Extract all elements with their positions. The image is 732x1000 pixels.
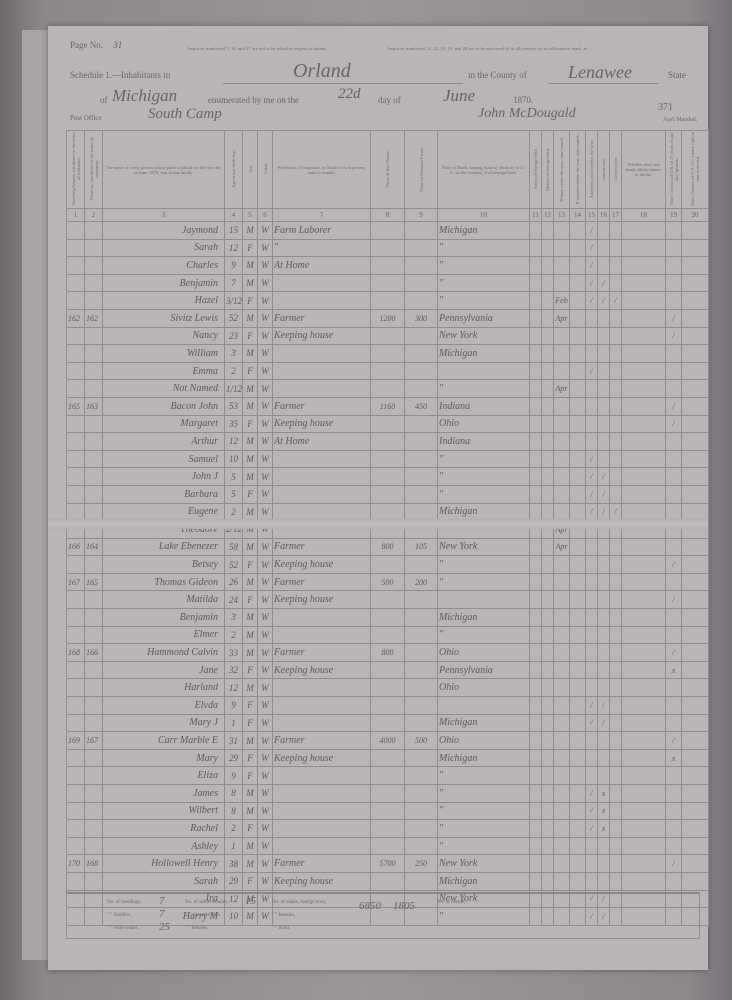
- cell-c13: [554, 591, 570, 609]
- cell-c17: [610, 802, 622, 820]
- cell-real: [371, 626, 405, 644]
- cell-dwelling: 170: [67, 855, 85, 873]
- cell-birthplace: Indiana: [438, 397, 530, 415]
- table-row: Arthur12MWAt HomeIndiana: [67, 433, 709, 451]
- cell-c12: [542, 679, 554, 697]
- cell-c20: [682, 644, 709, 662]
- table-row: Eliza9FW": [67, 767, 709, 785]
- cell-occupation: Farmer: [273, 732, 371, 750]
- table-row: Harland12MWOhio: [67, 679, 709, 697]
- cell-c18: [622, 503, 666, 521]
- cell-sex: F: [243, 485, 258, 503]
- cell-c13: [554, 802, 570, 820]
- cell-c20: [682, 468, 709, 486]
- table-row: 166164Lake Ebenezer58MWFarmer800105New Y…: [67, 538, 709, 556]
- cell-sex: M: [243, 450, 258, 468]
- cell-c19: /: [666, 732, 682, 750]
- cell-c14: [570, 644, 586, 662]
- table-row: Elvda9FW//: [67, 697, 709, 715]
- day-of-label: day of: [378, 95, 401, 105]
- cell-real: [371, 837, 405, 855]
- month-value: June: [443, 86, 475, 106]
- cell-personal: [405, 239, 438, 257]
- cell-c18: [622, 732, 666, 750]
- cell-occupation: [273, 485, 371, 503]
- cell-real: [371, 380, 405, 398]
- cell-c15: [586, 397, 598, 415]
- cell-c13: [554, 362, 570, 380]
- col-num: 11: [530, 209, 542, 222]
- cell-personal: 300: [405, 309, 438, 327]
- cell-personal: [405, 644, 438, 662]
- table-row: 168166Hammond Calvin33MWFarmer800Ohio/: [67, 644, 709, 662]
- cell-c20: [682, 591, 709, 609]
- cell-personal: [405, 257, 438, 275]
- table-row: Eugene2MWMichigan///: [67, 503, 709, 521]
- cell-c14: [570, 309, 586, 327]
- cell-c17: [610, 609, 622, 627]
- cell-c13: [554, 556, 570, 574]
- cell-c13: [554, 415, 570, 433]
- cell-c16: /: [598, 697, 610, 715]
- cell-color: W: [258, 872, 273, 890]
- cell-age: 8: [225, 785, 243, 803]
- cell-age: 2: [225, 820, 243, 838]
- cell-sex: F: [243, 820, 258, 838]
- cell-c15: [586, 556, 598, 574]
- cell-name: Mary: [103, 749, 225, 767]
- cell-birthplace: ": [438, 767, 530, 785]
- table-row: 169167Carr Marble E31MWFarmer4000500Ohio…: [67, 732, 709, 750]
- cell-family: [85, 239, 103, 257]
- cell-c16: [598, 556, 610, 574]
- cell-name: Nancy: [103, 327, 225, 345]
- cell-age: 12: [225, 239, 243, 257]
- col-num: 15: [586, 209, 598, 222]
- cell-c12: [542, 503, 554, 521]
- cell-occupation: [273, 679, 371, 697]
- cell-sex: M: [243, 345, 258, 363]
- cell-real: [371, 785, 405, 803]
- cell-sex: M: [243, 732, 258, 750]
- cell-family: [85, 837, 103, 855]
- cell-c19: [666, 380, 682, 398]
- cell-c12: [542, 732, 554, 750]
- cell-c16: x: [598, 820, 610, 838]
- cell-c14: [570, 697, 586, 715]
- cell-c11: [530, 732, 542, 750]
- cell-name: James: [103, 785, 225, 803]
- cell-color: W: [258, 644, 273, 662]
- cell-birthplace: Michigan: [438, 872, 530, 890]
- cell-c12: [542, 327, 554, 345]
- cell-c17: [610, 591, 622, 609]
- cell-occupation: [273, 362, 371, 380]
- cell-c14: [570, 274, 586, 292]
- cell-c12: [542, 661, 554, 679]
- cell-c18: [622, 380, 666, 398]
- col-header-4: Age at last birth-day.: [225, 131, 243, 209]
- cell-real: [371, 362, 405, 380]
- cell-c19: [666, 292, 682, 310]
- cell-c14: [570, 345, 586, 363]
- cell-c19: [666, 433, 682, 451]
- cell-color: W: [258, 345, 273, 363]
- cell-c12: [542, 292, 554, 310]
- col-num: 17: [610, 209, 622, 222]
- county-value: Lenawee: [568, 62, 632, 83]
- total-personal-estate: 1805: [393, 900, 415, 912]
- col-header-14: If married within the year, state month.: [570, 131, 586, 209]
- table-row: Mary J1FWMichigan//: [67, 714, 709, 732]
- cell-personal: [405, 485, 438, 503]
- col-header-20: Male Citizens of U.S. 21+ whose right to…: [682, 131, 709, 209]
- cell-personal: [405, 450, 438, 468]
- cell-c11: [530, 573, 542, 591]
- insane-label: No. of Insane,: [437, 900, 465, 905]
- cell-sex: M: [243, 837, 258, 855]
- cell-name: Elmer: [103, 626, 225, 644]
- cell-family: [85, 327, 103, 345]
- cell-c15: [586, 327, 598, 345]
- cell-c20: [682, 573, 709, 591]
- cell-c18: [622, 468, 666, 486]
- cell-name: Charles: [103, 257, 225, 275]
- cell-dwelling: [67, 274, 85, 292]
- cell-occupation: At Home: [273, 257, 371, 275]
- cell-c15: [586, 573, 598, 591]
- cell-c12: [542, 274, 554, 292]
- cell-occupation: [273, 820, 371, 838]
- cell-c15: [586, 837, 598, 855]
- cell-c20: [682, 697, 709, 715]
- cell-c11: [530, 697, 542, 715]
- cell-name: Barbara: [103, 485, 225, 503]
- cell-birthplace: ": [438, 626, 530, 644]
- cell-c18: [622, 855, 666, 873]
- cell-dwelling: [67, 820, 85, 838]
- cell-color: W: [258, 415, 273, 433]
- cell-c11: [530, 679, 542, 697]
- cell-c18: [622, 644, 666, 662]
- cell-c13: [554, 767, 570, 785]
- cell-name: Elvda: [103, 697, 225, 715]
- cell-family: [85, 556, 103, 574]
- cell-dwelling: 167: [67, 573, 85, 591]
- cell-color: W: [258, 274, 273, 292]
- cell-c18: [622, 309, 666, 327]
- cell-occupation: [273, 837, 371, 855]
- cell-c16: [598, 767, 610, 785]
- year-value: 1870.: [513, 95, 533, 105]
- cell-family: [85, 345, 103, 363]
- table-row: William3MWMichigan: [67, 345, 709, 363]
- cell-color: W: [258, 855, 273, 873]
- cell-color: W: [258, 239, 273, 257]
- cell-real: [371, 292, 405, 310]
- cell-sex: M: [243, 573, 258, 591]
- cell-name: Rachel: [103, 820, 225, 838]
- cell-age: 3/12: [225, 292, 243, 310]
- cell-c15: [586, 855, 598, 873]
- cell-c19: /: [666, 644, 682, 662]
- cell-age: 26: [225, 573, 243, 591]
- cell-c13: [554, 345, 570, 363]
- cell-dwelling: [67, 222, 85, 240]
- cell-c16: /: [598, 274, 610, 292]
- cell-c12: [542, 697, 554, 715]
- cell-occupation: Keeping house: [273, 591, 371, 609]
- cell-c17: [610, 222, 622, 240]
- cell-c19: [666, 626, 682, 644]
- cell-c14: [570, 609, 586, 627]
- cell-c17: [610, 872, 622, 890]
- cell-birthplace: ": [438, 450, 530, 468]
- cell-c11: [530, 802, 542, 820]
- cell-c18: [622, 749, 666, 767]
- cell-c12: [542, 257, 554, 275]
- white-females-count: 15: [245, 895, 256, 907]
- cell-color: W: [258, 327, 273, 345]
- cell-real: [371, 802, 405, 820]
- of-label: of: [100, 95, 108, 105]
- cell-c19: [666, 837, 682, 855]
- cell-c17: [610, 855, 622, 873]
- table-row: 167165Thomas Gideon26MWFarmer500200": [67, 573, 709, 591]
- cell-c19: [666, 222, 682, 240]
- col-num: 12: [542, 209, 554, 222]
- cell-c12: [542, 433, 554, 451]
- cell-c18: [622, 785, 666, 803]
- cell-dwelling: [67, 714, 85, 732]
- table-row: Betsey52FWKeeping house"/: [67, 556, 709, 574]
- table-row: Margaret35FWKeeping houseOhio/: [67, 415, 709, 433]
- cell-name: Bacon John: [103, 397, 225, 415]
- blind-label: " " blind,: [272, 926, 290, 931]
- cell-real: [371, 556, 405, 574]
- cell-c14: [570, 468, 586, 486]
- cell-occupation: Farm Laborer: [273, 222, 371, 240]
- cell-c11: [530, 626, 542, 644]
- cell-age: 9: [225, 697, 243, 715]
- cell-name: Samuel: [103, 450, 225, 468]
- dwellings-count: 7: [159, 895, 165, 907]
- cell-name: Ashley: [103, 837, 225, 855]
- cell-family: 166: [85, 644, 103, 662]
- colored-females-label: " " females,: [185, 926, 208, 931]
- cell-c20: [682, 345, 709, 363]
- cell-personal: [405, 345, 438, 363]
- cell-dwelling: [67, 257, 85, 275]
- cell-family: [85, 433, 103, 451]
- cell-sex: M: [243, 802, 258, 820]
- cell-c20: [682, 327, 709, 345]
- cell-dwelling: [67, 609, 85, 627]
- cell-family: [85, 222, 103, 240]
- cell-dwelling: 168: [67, 644, 85, 662]
- column-header-row: Dwelling-houses, numbered in the order o…: [67, 131, 709, 209]
- cell-c14: [570, 785, 586, 803]
- cell-name: Carr Marble E: [103, 732, 225, 750]
- cell-c17: [610, 274, 622, 292]
- cell-c15: [586, 309, 598, 327]
- cell-c20: [682, 802, 709, 820]
- cell-c11: [530, 538, 542, 556]
- table-row: 165163Bacon John53MWFarmer1160450Indiana…: [67, 397, 709, 415]
- cell-c11: [530, 362, 542, 380]
- cell-c13: [554, 468, 570, 486]
- cell-c20: [682, 872, 709, 890]
- cell-personal: [405, 661, 438, 679]
- cell-c16: [598, 591, 610, 609]
- table-row: Benjamin3MWMichigan: [67, 609, 709, 627]
- cell-color: W: [258, 222, 273, 240]
- foreign-born-females-label: " " females,: [272, 913, 295, 918]
- cell-c15: [586, 538, 598, 556]
- enumerator-signature: John McDougald: [478, 106, 576, 122]
- cell-family: 163: [85, 397, 103, 415]
- cell-personal: [405, 380, 438, 398]
- cell-c12: [542, 415, 554, 433]
- cell-age: 31: [225, 732, 243, 750]
- cell-c12: [542, 239, 554, 257]
- cell-c19: /: [666, 591, 682, 609]
- cell-age: 9: [225, 767, 243, 785]
- cell-c14: [570, 485, 586, 503]
- cell-personal: [405, 503, 438, 521]
- cell-c14: [570, 872, 586, 890]
- cell-dwelling: [67, 661, 85, 679]
- cell-c13: [554, 222, 570, 240]
- cell-c14: [570, 749, 586, 767]
- cell-name: Hammond Calvin: [103, 644, 225, 662]
- cell-c11: [530, 468, 542, 486]
- cell-personal: [405, 222, 438, 240]
- cell-family: [85, 661, 103, 679]
- cell-age: 9: [225, 257, 243, 275]
- cell-sex: M: [243, 609, 258, 627]
- cell-color: W: [258, 380, 273, 398]
- cell-birthplace: ": [438, 274, 530, 292]
- cell-sex: M: [243, 503, 258, 521]
- cell-occupation: Keeping house: [273, 415, 371, 433]
- cell-c14: [570, 714, 586, 732]
- cell-dwelling: 165: [67, 397, 85, 415]
- cell-dwelling: [67, 837, 85, 855]
- cell-name: Sarah: [103, 239, 225, 257]
- page-number: 31: [113, 40, 122, 50]
- cell-c11: [530, 257, 542, 275]
- cell-c11: [530, 503, 542, 521]
- cell-c17: [610, 485, 622, 503]
- cell-color: W: [258, 292, 273, 310]
- cell-c14: [570, 591, 586, 609]
- col-num: 5: [243, 209, 258, 222]
- colored-males-label: " " colored males,: [185, 913, 221, 918]
- cell-c16: [598, 679, 610, 697]
- cell-c16: [598, 380, 610, 398]
- paper-fold: [48, 519, 708, 529]
- cell-birthplace: New York: [438, 327, 530, 345]
- cell-family: [85, 450, 103, 468]
- cell-dwelling: [67, 292, 85, 310]
- cell-c11: [530, 222, 542, 240]
- cell-birthplace: ": [438, 837, 530, 855]
- cell-c13: [554, 327, 570, 345]
- cell-c20: [682, 433, 709, 451]
- cell-c12: [542, 767, 554, 785]
- cell-c20: [682, 503, 709, 521]
- cell-c12: [542, 820, 554, 838]
- cell-dwelling: [67, 556, 85, 574]
- cell-birthplace: ": [438, 802, 530, 820]
- cell-c20: [682, 855, 709, 873]
- cell-c12: [542, 591, 554, 609]
- cell-c20: [682, 415, 709, 433]
- cell-color: W: [258, 309, 273, 327]
- cell-c13: [554, 697, 570, 715]
- cell-c19: [666, 538, 682, 556]
- cell-c11: [530, 749, 542, 767]
- cell-dwelling: [67, 468, 85, 486]
- cell-personal: [405, 274, 438, 292]
- cell-real: 800: [371, 538, 405, 556]
- cell-c19: [666, 468, 682, 486]
- cell-c16: x: [598, 785, 610, 803]
- cell-occupation: [273, 767, 371, 785]
- cell-c12: [542, 872, 554, 890]
- cell-occupation: [273, 626, 371, 644]
- cell-age: 1/12: [225, 380, 243, 398]
- cell-c12: [542, 644, 554, 662]
- cell-sex: M: [243, 222, 258, 240]
- cell-name: Hazel: [103, 292, 225, 310]
- cell-sex: F: [243, 327, 258, 345]
- table-row: Benjamin7MW"//: [67, 274, 709, 292]
- cell-real: 500: [371, 573, 405, 591]
- cell-real: 1200: [371, 309, 405, 327]
- cell-c19: [666, 820, 682, 838]
- cell-dwelling: [67, 362, 85, 380]
- cell-c16: [598, 732, 610, 750]
- cell-c12: [542, 556, 554, 574]
- cell-c14: [570, 802, 586, 820]
- table-row: Sarah12FW""/: [67, 239, 709, 257]
- cell-age: 29: [225, 872, 243, 890]
- cell-dwelling: [67, 679, 85, 697]
- cell-c13: [554, 573, 570, 591]
- cell-personal: [405, 591, 438, 609]
- census-sheet: Page No. 31 Inquiries numbered 7, 16, an…: [48, 26, 708, 970]
- cell-dwelling: [67, 380, 85, 398]
- cell-c18: [622, 415, 666, 433]
- cell-sex: M: [243, 257, 258, 275]
- column-number-row: 1 2 3 4 5 6 7 8 9 10 11 12 13 14 15 16 1…: [67, 209, 709, 222]
- cell-name: Eugene: [103, 503, 225, 521]
- cell-c16: [598, 345, 610, 363]
- cell-c17: [610, 257, 622, 275]
- col-num: 13: [554, 209, 570, 222]
- cell-birthplace: ": [438, 380, 530, 398]
- cell-c13: [554, 679, 570, 697]
- cell-sex: M: [243, 433, 258, 451]
- col-num: 9: [405, 209, 438, 222]
- cell-personal: [405, 820, 438, 838]
- cell-c13: [554, 609, 570, 627]
- cell-c17: [610, 468, 622, 486]
- cell-c17: [610, 679, 622, 697]
- cell-c13: [554, 626, 570, 644]
